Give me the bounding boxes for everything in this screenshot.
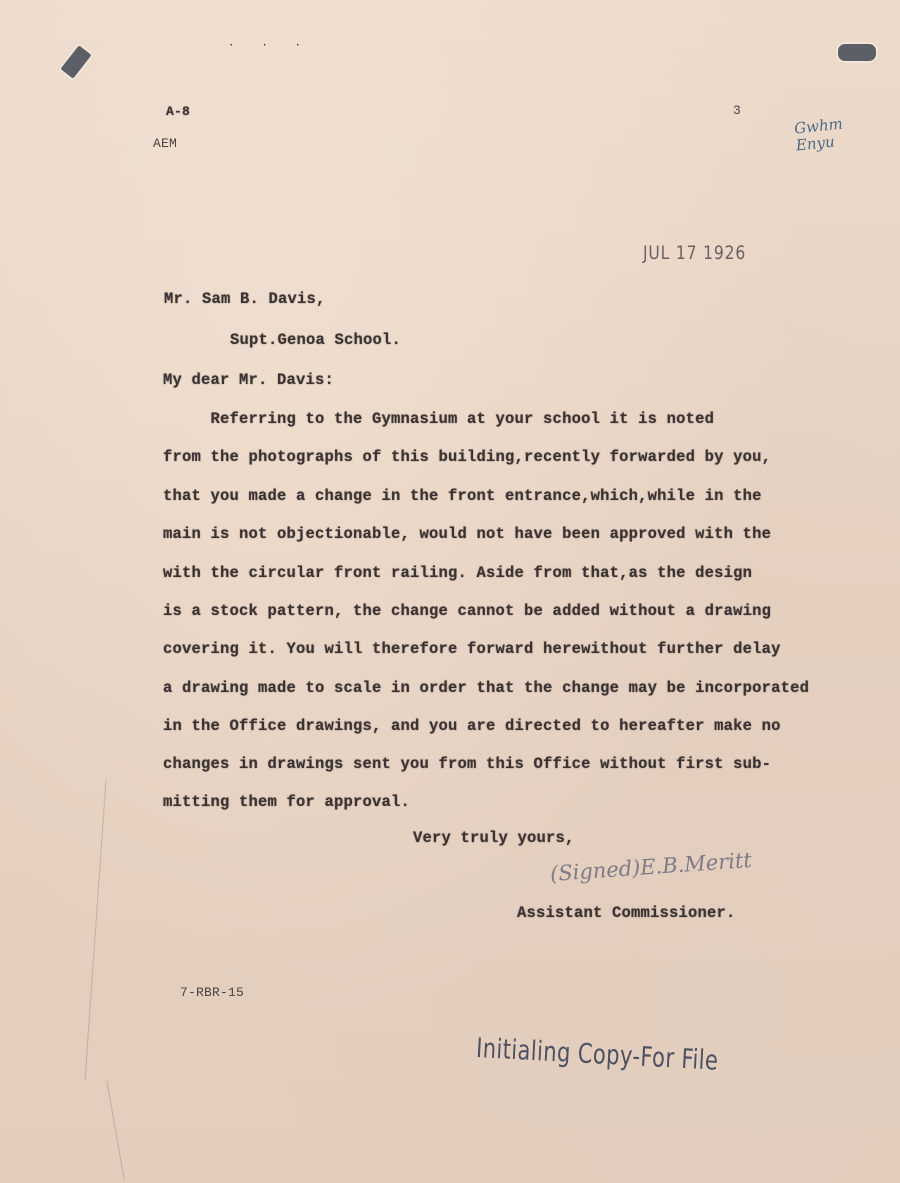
closing: Very truly yours, [413,829,575,847]
body-line: Referring to the Gymnasium at your schoo… [163,410,714,428]
body-line: mitting them for approval. [163,793,410,811]
handwritten-initials: Gwhm Enyu [793,116,845,154]
paper-crease [85,780,107,1079]
recipient-name: Mr. Sam B. Davis, [164,290,326,308]
body-line: changes in drawings sent you from this O… [163,755,771,773]
reference-code: 7-RBR-15 [180,985,244,1000]
signature-stamp: (Signed)E.B.Meritt [549,848,752,886]
file-copy-stamp: Initialing Copy-For File [475,1033,719,1077]
typist-initials: AEM [153,136,177,151]
paper-crease [106,1081,124,1180]
signer-title: Assistant Commissioner. [517,904,736,922]
punch-hole-right [836,42,878,63]
punch-hole-left [58,42,95,81]
body-line: main is not objectionable, would not hav… [163,525,771,543]
file-code: A-8 [166,104,190,119]
page-number: 3 [733,103,741,118]
body-line: a drawing made to scale in order that th… [163,679,809,697]
body-line: with the circular front railing. Aside f… [163,564,752,582]
date-stamp: JUL 17 1926 [643,242,746,264]
body-line: is a stock pattern, the change cannot be… [163,602,771,620]
body-line: covering it. You will therefore forward … [163,640,781,658]
salutation: My dear Mr. Davis: [163,371,334,389]
body-line: in the Office drawings, and you are dire… [163,717,781,735]
body-line: from the photographs of this building,re… [163,448,771,466]
recipient-title: Supt.Genoa School. [230,331,401,349]
body-line: that you made a change in the front entr… [163,487,762,505]
ink-specks: · · · [228,40,311,52]
